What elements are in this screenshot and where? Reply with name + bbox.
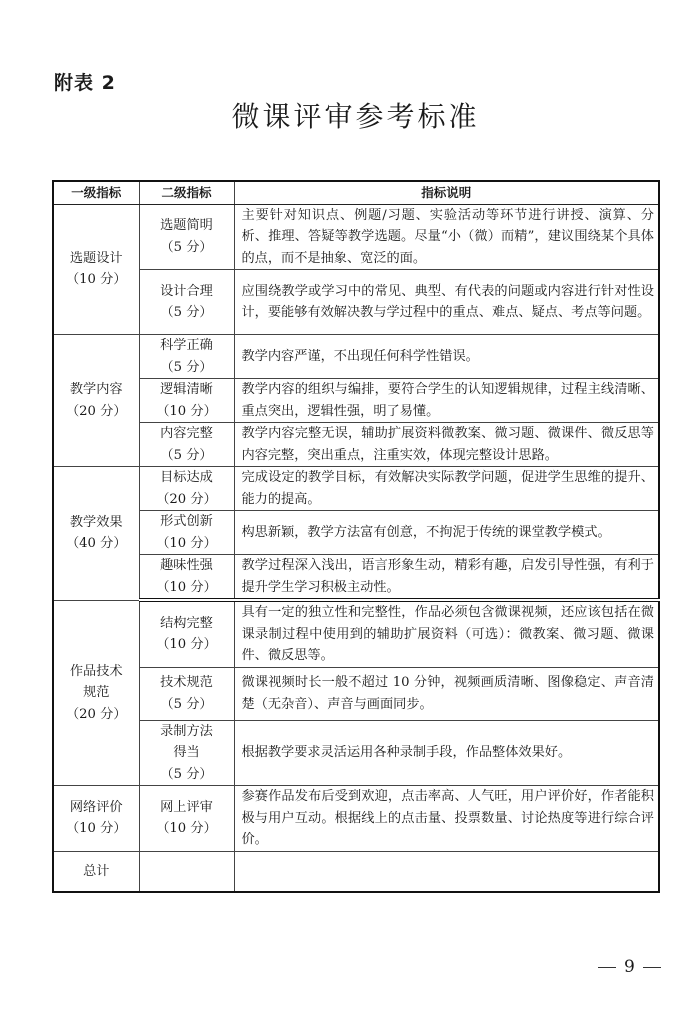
level2-cell: 技术规范 （5 分） [139,667,234,720]
total-label: 总计 [53,851,139,892]
dash-left [598,967,616,968]
level2-name: 趣味性强 [140,555,234,577]
dash-right [643,967,661,968]
level2-name: 内容完整 [140,423,234,445]
header-level2: 二级指标 [139,181,234,204]
level2-score: （5 分） [140,764,234,786]
level2-name: 结构完整 [140,613,234,635]
description-cell: 完成设定的教学目标，有效解决实际教学问题，促进学生思维的提升、能力的提高。 [234,467,659,511]
level2-cell: 科学正确 （5 分） [139,335,234,379]
description-cell: 教学过程深入浅出，语言形象生动，精彩有趣，启发引导性强，有利于提升学生学习积极主… [234,555,659,601]
level2-cell: 录制方法 得当 （5 分） [139,720,234,786]
level2-name-line2: 得当 [140,742,234,764]
level1-cell: 网络评价 （10 分） [53,786,139,852]
description-cell: 教学内容严谨，不出现任何科学性错误。 [234,335,659,379]
table-row: 内容完整 （5 分） 教学内容完整无误，辅助扩展资料微教案、微习题、微课件、微反… [53,423,659,467]
table-header-row: 一级指标 二级指标 指标说明 [53,181,659,204]
level2-name: 设计合理 [140,281,234,303]
level2-name: 逻辑清晰 [140,379,234,401]
total-row: 总计 [53,851,659,892]
level1-cell: 作品技术 规范 （20 分） [53,600,139,786]
level2-name: 技术规范 [140,672,234,694]
level2-score: （20 分） [140,489,234,511]
description-cell: 教学内容的组织与编排，要符合学生的认知逻辑规律，过程主线清晰、重点突出，逻辑性强… [234,379,659,423]
level2-score: （10 分） [140,818,234,840]
level1-name: 作品技术 [54,661,139,683]
level2-cell: 形式创新 （10 分） [139,511,234,555]
level2-score: （5 分） [140,445,234,467]
level2-name: 录制方法 [140,721,234,743]
table-row: 教学效果 （40 分） 目标达成 （20 分） 完成设定的教学目标，有效解决实际… [53,467,659,511]
table-row: 趣味性强 （10 分） 教学过程深入浅出，语言形象生动，精彩有趣，启发引导性强，… [53,555,659,601]
table-row: 教学内容 （20 分） 科学正确 （5 分） 教学内容严谨，不出现任何科学性错误… [53,335,659,379]
level2-name: 目标达成 [140,467,234,489]
level1-score: （20 分） [54,704,139,726]
level2-name: 形式创新 [140,511,234,533]
criteria-table: 一级指标 二级指标 指标说明 选题设计 （10 分） 选题简明 （5 分） 主要… [52,180,660,893]
level1-score: （10 分） [54,818,139,840]
total-description-cell[interactable] [234,851,659,892]
header-description: 指标说明 [234,181,659,204]
level2-score: （5 分） [140,694,234,716]
level2-cell: 趣味性强 （10 分） [139,555,234,601]
table-row: 逻辑清晰 （10 分） 教学内容的组织与编排，要符合学生的认知逻辑规律，过程主线… [53,379,659,423]
level1-cell: 教学内容 （20 分） [53,335,139,467]
table-row: 技术规范 （5 分） 微课视频时长一般不超过 10 分钟，视频画质清晰、图像稳定… [53,667,659,720]
table-row: 形式创新 （10 分） 构思新颖，教学方法富有创意，不拘泥于传统的课堂教学模式。 [53,511,659,555]
description-cell: 参赛作品发布后受到欢迎，点击率高、人气旺，用户评价好，作者能积极与用户互动。根据… [234,786,659,852]
level1-score: （40 分） [54,533,139,555]
level2-score: （5 分） [140,237,234,259]
level2-cell: 逻辑清晰 （10 分） [139,379,234,423]
level2-score: （5 分） [140,302,234,324]
level1-name: 教学效果 [54,512,139,534]
level2-cell: 设计合理 （5 分） [139,270,234,335]
total-score-cell[interactable] [139,851,234,892]
level2-score: （10 分） [140,634,234,656]
table-row: 网络评价 （10 分） 网上评审 （10 分） 参赛作品发布后受到欢迎，点击率高… [53,786,659,852]
description-cell: 微课视频时长一般不超过 10 分钟，视频画质清晰、图像稳定、声音清楚（无杂音）、… [234,667,659,720]
table-row: 选题设计 （10 分） 选题简明 （5 分） 主要针对知识点、例题/习题、实验活… [53,204,659,270]
level2-cell: 选题简明 （5 分） [139,204,234,270]
description-cell: 教学内容完整无误，辅助扩展资料微教案、微习题、微课件、微反思等内容完整，突出重点… [234,423,659,467]
table-row: 录制方法 得当 （5 分） 根据教学要求灵活运用各种录制手段，作品整体效果好。 [53,720,659,786]
description-cell: 主要针对知识点、例题/习题、实验活动等环节进行讲授、演算、分析、推理、答疑等教学… [234,204,659,270]
level2-cell: 内容完整 （5 分） [139,423,234,467]
appendix-label: 附表 2 [54,68,116,95]
level2-score: （10 分） [140,401,234,423]
level1-cell: 教学效果 （40 分） [53,467,139,601]
level1-cell: 选题设计 （10 分） [53,204,139,335]
level2-cell: 结构完整 （10 分） [139,600,234,667]
level1-name: 网络评价 [54,797,139,819]
level2-score: （10 分） [140,577,234,599]
level1-score: （10 分） [54,269,139,291]
level2-name: 网上评审 [140,797,234,819]
page-number: 9 [590,957,669,977]
level2-cell: 网上评审 （10 分） [139,786,234,852]
level1-name-line2: 规范 [54,682,139,704]
description-cell: 具有一定的独立性和完整性，作品必须包含微课视频，还应该包括在微课录制过程中使用到… [234,600,659,667]
description-cell: 根据教学要求灵活运用各种录制手段，作品整体效果好。 [234,720,659,786]
description-cell: 构思新颖，教学方法富有创意，不拘泥于传统的课堂教学模式。 [234,511,659,555]
description-cell: 应围绕教学或学习中的常见、典型、有代表的问题或内容进行针对性设计，要能够有效解决… [234,270,659,335]
level1-name: 教学内容 [54,379,139,401]
level2-name: 科学正确 [140,335,234,357]
page-title: 微课评审参考标准 [0,95,699,135]
header-level1: 一级指标 [53,181,139,204]
level2-score: （5 分） [140,357,234,379]
level2-score: （10 分） [140,533,234,555]
table-row: 作品技术 规范 （20 分） 结构完整 （10 分） 具有一定的独立性和完整性，… [53,600,659,667]
page-number-value: 9 [624,957,635,977]
level1-name: 选题设计 [54,248,139,270]
table-row: 设计合理 （5 分） 应围绕教学或学习中的常见、典型、有代表的问题或内容进行针对… [53,270,659,335]
level2-cell: 目标达成 （20 分） [139,467,234,511]
level1-score: （20 分） [54,401,139,423]
level2-name: 选题简明 [140,215,234,237]
